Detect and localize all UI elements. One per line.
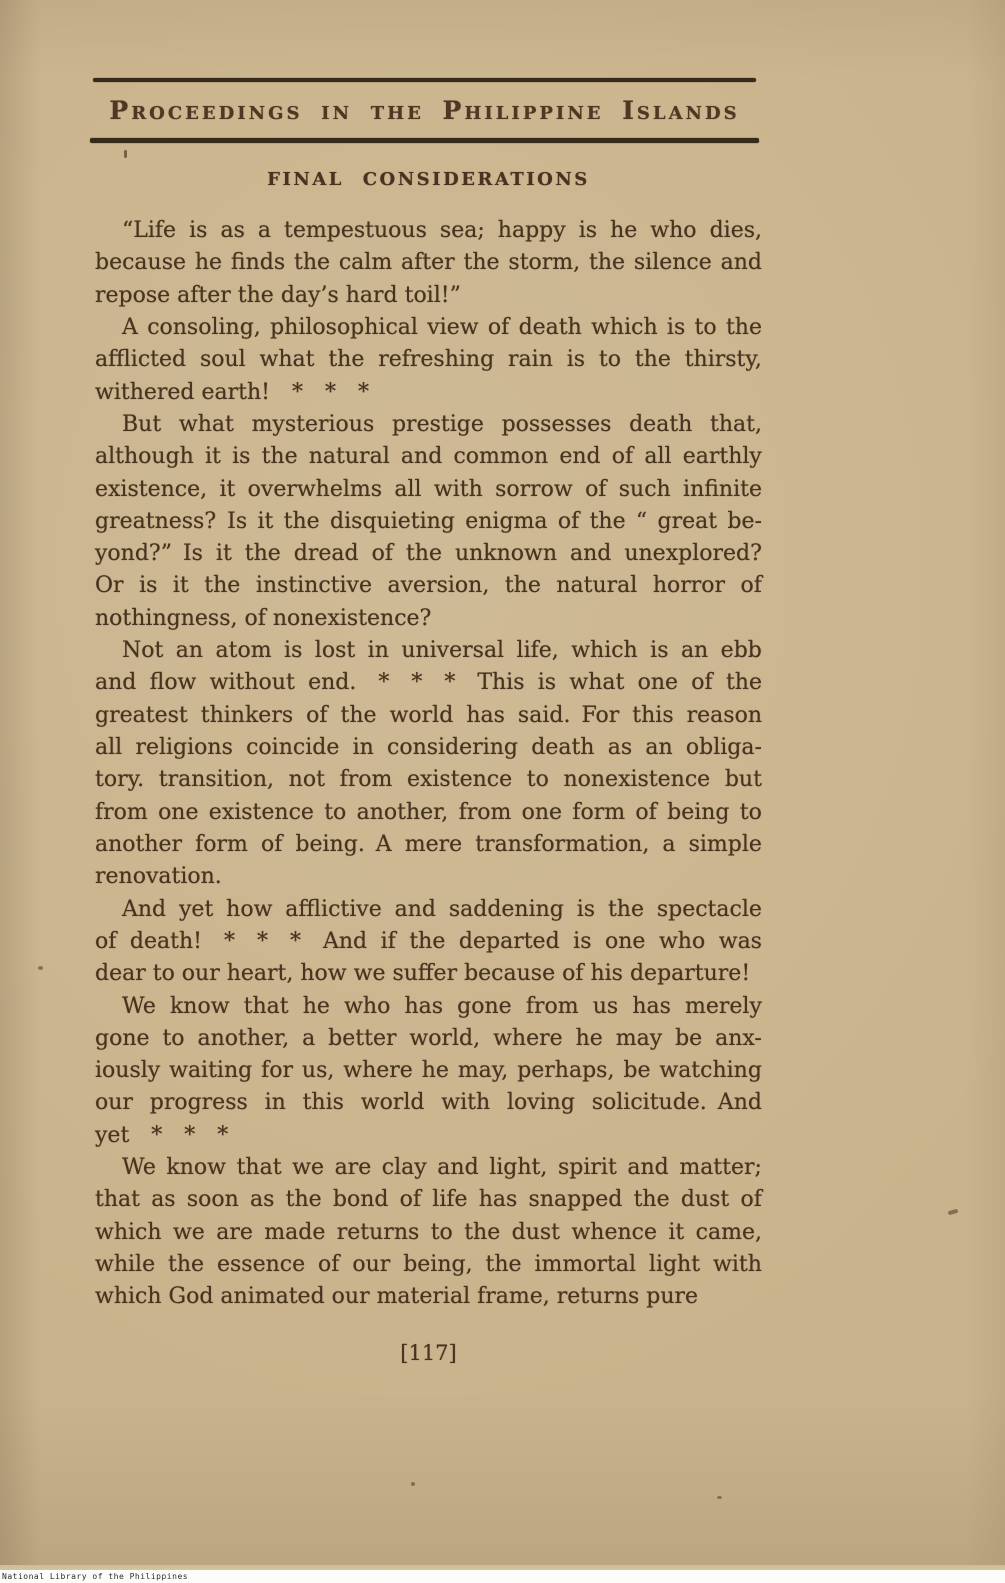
text-line: withered earth! * * * xyxy=(95,377,762,409)
text-line: anotherformofbeing. Ameretransformation,… xyxy=(95,829,762,861)
text-line: Weknowthathewhohasgonefromushasmerely xyxy=(95,991,762,1023)
text-line: becausehefindsthecalmafterthestorm,thesi… xyxy=(95,247,762,279)
section-heading: FINAL CONSIDERATIONS xyxy=(95,169,762,190)
text-line: thatassoonasthebondoflifehassnappedthedu… xyxy=(95,1184,762,1216)
running-head: Proceedings in the Philippine Islands xyxy=(93,96,756,125)
text-line: althoughitisthenaturalandcommonendofalle… xyxy=(95,441,762,473)
scanned-page: Proceedings in the Philippine Islands FI… xyxy=(0,0,1005,1583)
scan-speck xyxy=(717,1496,722,1499)
text-line: repose after the day’s hard toil!” xyxy=(95,280,762,312)
text-line: iouslywaitingforus,wherehemay,perhaps,be… xyxy=(95,1055,762,1087)
text-line: fromoneexistencetoanother,fromoneformofb… xyxy=(95,797,762,829)
text-line: whichwearemadereturnstothedustwhenceitca… xyxy=(95,1217,762,1249)
text-line: Andyethowafflictiveandsaddeningisthespec… xyxy=(95,894,762,926)
text-line: allreligionscoincideinconsideringdeathas… xyxy=(95,732,762,764)
text-line: renovation. xyxy=(95,861,762,893)
footer-label: National Library of the Philippines xyxy=(0,1572,188,1581)
text-line: Orisittheinstinctiveaversion,thenaturalh… xyxy=(95,570,762,602)
text-line: nothingness, of nonexistence? xyxy=(95,603,762,635)
text-line: andflowwithoutend. * * * Thisiswhatoneof… xyxy=(95,667,762,699)
text-line: Aconsoling,philosophicalviewofdeathwhich… xyxy=(95,312,762,344)
text-line: Weknowthatweareclayandlight,spiritandmat… xyxy=(95,1152,762,1184)
scan-speck xyxy=(411,1482,415,1486)
scan-speck xyxy=(38,966,43,970)
text-line: greatness? Isitthedisquietingenigmaofthe… xyxy=(95,506,762,538)
text-line: existence,itoverwhelmsallwithsorrowofsuc… xyxy=(95,474,762,506)
header-rule-top xyxy=(93,78,756,82)
text-line: which God animated our material frame, r… xyxy=(95,1281,762,1313)
scan-speck xyxy=(948,1209,959,1215)
text-line: gonetoanother,abetterworld,wherehemaybea… xyxy=(95,1023,762,1055)
body-text: “Lifeisasatempestuoussea;happyishewhodie… xyxy=(95,215,762,1314)
text-line: dear to our heart, how we suffer because… xyxy=(95,958,762,990)
text-line: yond?” Isitthedreadoftheunknownandunexpl… xyxy=(95,538,762,570)
scan-speck xyxy=(124,150,127,158)
header-rule-bottom xyxy=(90,138,759,143)
page-number: [117] xyxy=(95,1341,762,1365)
text-line: afflictedsoulwhattherefreshingrainistoth… xyxy=(95,344,762,376)
text-line: “Lifeisasatempestuoussea;happyishewhodie… xyxy=(95,215,762,247)
text-line: ourprogressinthisworldwithlovingsolicitu… xyxy=(95,1087,762,1119)
text-line: tory.transition,notfromexistencetononexi… xyxy=(95,764,762,796)
text-line: ofdeath! * * * Andifthedepartedisonewhow… xyxy=(95,926,762,958)
text-line: Notanatomislostinuniversallife,whichisan… xyxy=(95,635,762,667)
footer-bar: National Library of the Philippines xyxy=(0,1570,1005,1583)
text-line: whiletheessenceofourbeing,theimmortallig… xyxy=(95,1249,762,1281)
text-line: greatestthinkersoftheworldhassaid. Forth… xyxy=(95,700,762,732)
text-line: Butwhatmysteriousprestigepossessesdeatht… xyxy=(95,409,762,441)
text-line: yet * * * xyxy=(95,1120,762,1152)
